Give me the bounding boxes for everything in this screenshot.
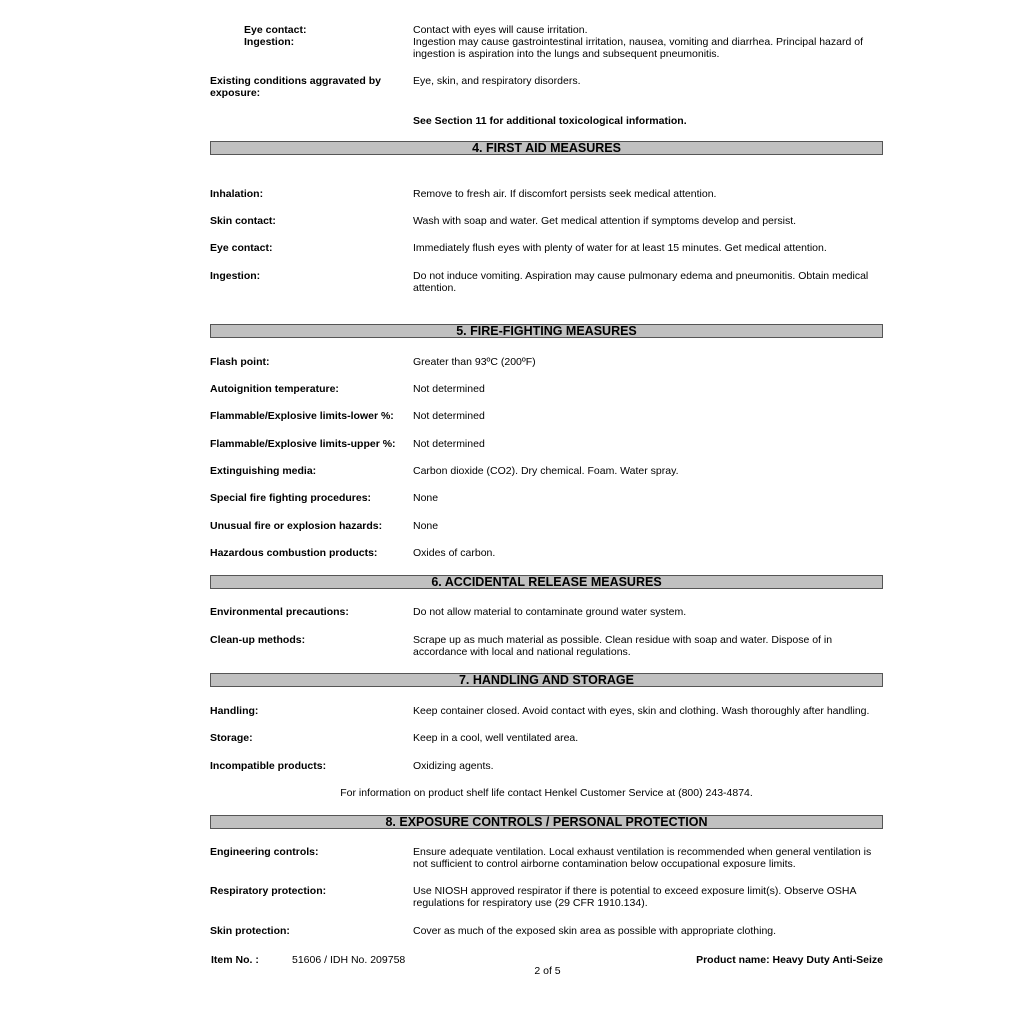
field-value: Immediately flush eyes with plenty of wa… xyxy=(413,242,885,254)
field-label: Unusual fire or explosion hazards: xyxy=(210,520,382,532)
field-value: Not determined xyxy=(413,410,885,422)
field-label: Eye contact: xyxy=(210,242,272,254)
field-value: Do not induce vomiting. Aspiration may c… xyxy=(413,270,885,294)
field-label: Autoignition temperature: xyxy=(210,383,339,395)
field-label: Extinguishing media: xyxy=(210,465,316,477)
field-value: Remove to fresh air. If discomfort persi… xyxy=(413,188,885,200)
field-value: Ensure adequate ventilation. Local exhau… xyxy=(413,846,885,870)
field-value: Cover as much of the exposed skin area a… xyxy=(413,925,885,937)
section-header-accidental-release: 6. ACCIDENTAL RELEASE MEASURES xyxy=(210,575,883,589)
field-value: Carbon dioxide (CO2). Dry chemical. Foam… xyxy=(413,465,885,477)
field-label: Skin protection: xyxy=(210,925,290,937)
section-header-fire-fighting: 5. FIRE-FIGHTING MEASURES xyxy=(210,324,883,338)
field-label: Environmental precautions: xyxy=(210,606,349,618)
field-value: Oxides of carbon. xyxy=(413,547,885,559)
field-value: None xyxy=(413,520,885,532)
field-label: Clean-up methods: xyxy=(210,634,305,646)
field-value: Not determined xyxy=(413,383,885,395)
field-label: Flash point: xyxy=(210,356,270,368)
field-label: Hazardous combustion products: xyxy=(210,547,377,559)
field-label: Flammable/Explosive limits-upper %: xyxy=(210,438,396,450)
field-value: Not determined xyxy=(413,438,885,450)
ingestion-value: Ingestion may cause gastrointestinal irr… xyxy=(413,36,885,60)
field-value: Keep in a cool, well ventilated area. xyxy=(413,732,885,744)
field-value: None xyxy=(413,492,885,504)
field-label: Special fire fighting procedures: xyxy=(210,492,371,504)
section-header-first-aid: 4. FIRST AID MEASURES xyxy=(210,141,883,155)
field-label: Flammable/Explosive limits-lower %: xyxy=(210,410,394,422)
eye-contact-value: Contact with eyes will cause irritation. xyxy=(413,24,885,36)
eye-contact-label: Eye contact: xyxy=(244,24,306,36)
toxicology-note: See Section 11 for additional toxicologi… xyxy=(413,115,687,127)
field-label: Respiratory protection: xyxy=(210,885,326,897)
field-label: Skin contact: xyxy=(210,215,276,227)
field-label: Handling: xyxy=(210,705,258,717)
existing-conditions-label: Existing conditions aggravated by exposu… xyxy=(210,75,390,99)
field-value: Use NIOSH approved respirator if there i… xyxy=(413,885,885,909)
ingestion-label: Ingestion: xyxy=(244,36,294,48)
field-value: Keep container closed. Avoid contact wit… xyxy=(413,705,893,717)
shelf-life-note: For information on product shelf life co… xyxy=(210,787,883,799)
field-value: Wash with soap and water. Get medical at… xyxy=(413,215,885,227)
section-header-exposure-controls: 8. EXPOSURE CONTROLS / PERSONAL PROTECTI… xyxy=(210,815,883,829)
sds-page: Eye contact: Contact with eyes will caus… xyxy=(0,0,1024,1024)
page-number: 2 of 5 xyxy=(0,965,1024,977)
field-value: Do not allow material to contaminate gro… xyxy=(413,606,885,618)
field-label: Storage: xyxy=(210,732,253,744)
field-label: Engineering controls: xyxy=(210,846,319,858)
field-label: Inhalation: xyxy=(210,188,263,200)
existing-conditions-value: Eye, skin, and respiratory disorders. xyxy=(413,75,885,87)
section-header-handling-storage: 7. HANDLING AND STORAGE xyxy=(210,673,883,687)
field-value: Scrape up as much material as possible. … xyxy=(413,634,885,658)
field-value: Oxidizing agents. xyxy=(413,760,885,772)
field-value: Greater than 93ºC (200ºF) xyxy=(413,356,885,368)
field-label: Incompatible products: xyxy=(210,760,326,772)
field-label: Ingestion: xyxy=(210,270,260,282)
